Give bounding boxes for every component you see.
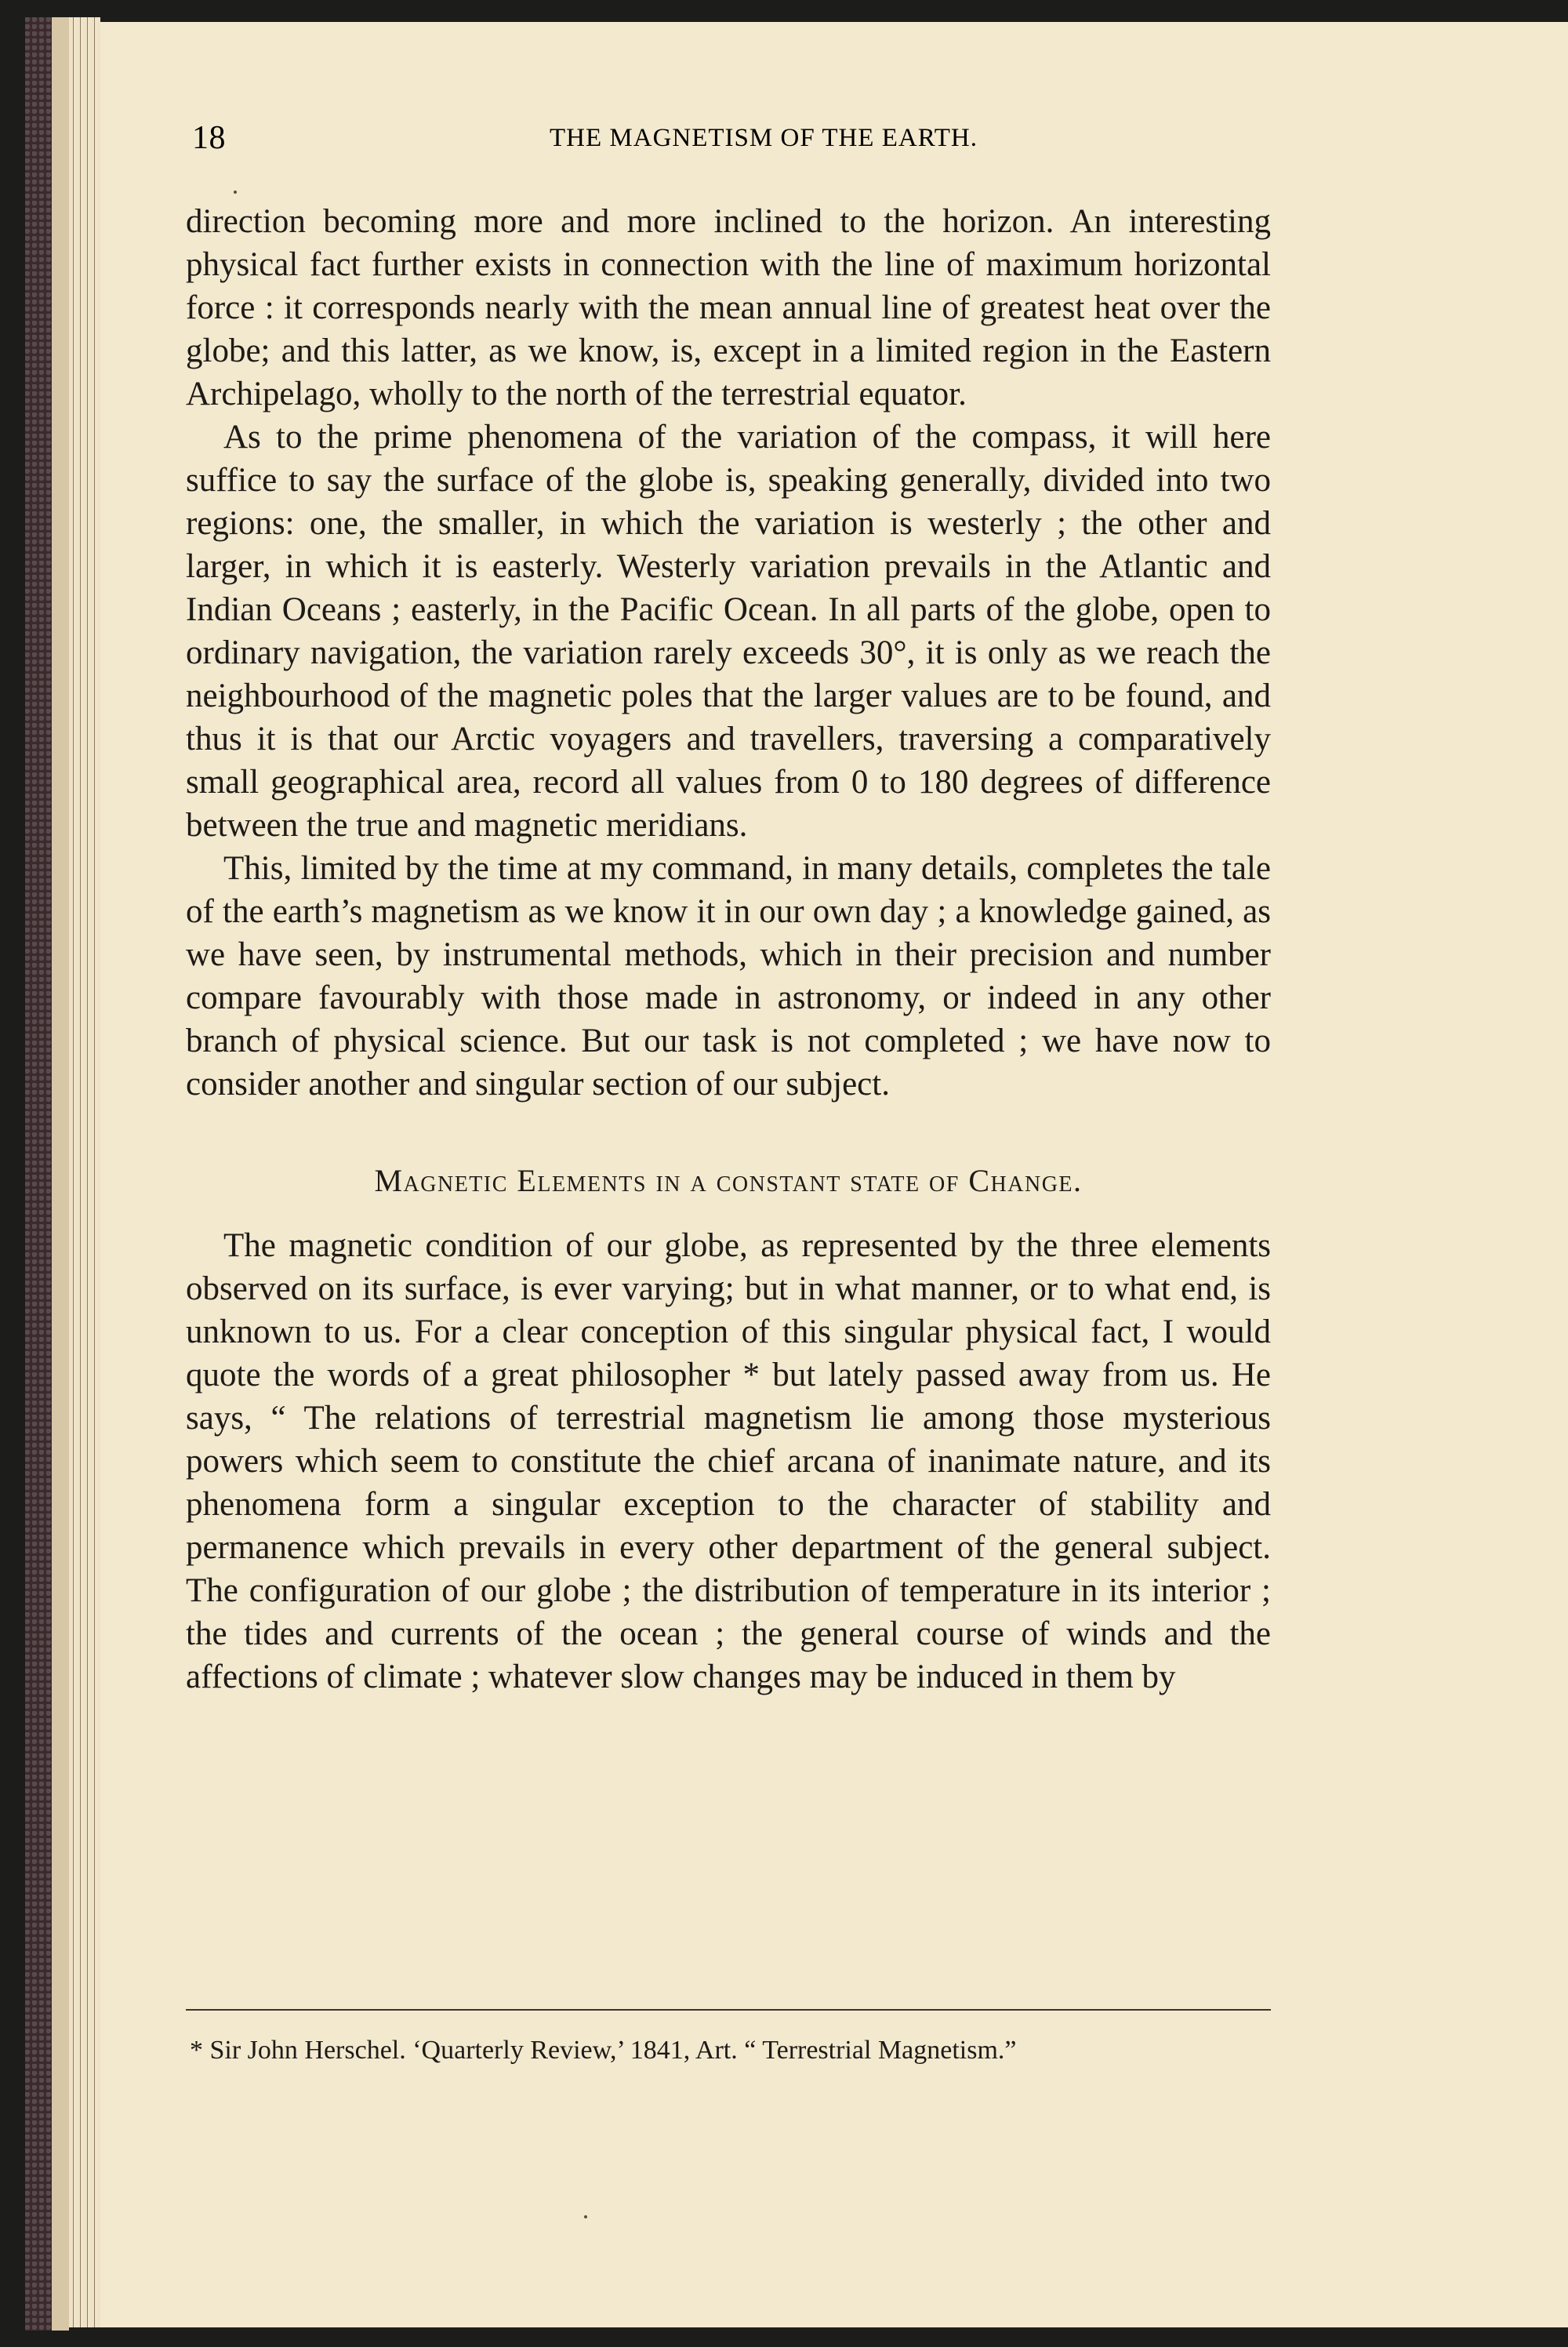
paper-speck <box>234 191 237 194</box>
running-title: THE MAGNETISM OF THE EARTH. <box>186 124 1271 153</box>
book-cover-edge <box>25 17 52 2331</box>
footnote: * Sir John Herschel. ‘Quarterly Review,’… <box>190 2036 1272 2065</box>
paragraph: This, limited by the time at my command,… <box>186 847 1271 1106</box>
endpaper-strip <box>52 17 69 2331</box>
footnote-divider <box>186 2009 1271 2011</box>
body-text: direction becoming more and more incline… <box>186 200 1271 1698</box>
section-heading: Magnetic Elements in a constant state of… <box>186 1162 1271 1199</box>
paragraph: As to the prime phenomena of the variati… <box>186 416 1271 847</box>
paragraph: direction becoming more and more incline… <box>186 200 1271 416</box>
paragraph: The magnetic condition of our globe, as … <box>186 1224 1271 1698</box>
running-head: 18 THE MAGNETISM OF THE EARTH. <box>186 119 1271 166</box>
paper-speck <box>584 2215 587 2218</box>
page-stack-edge <box>69 17 100 2327</box>
